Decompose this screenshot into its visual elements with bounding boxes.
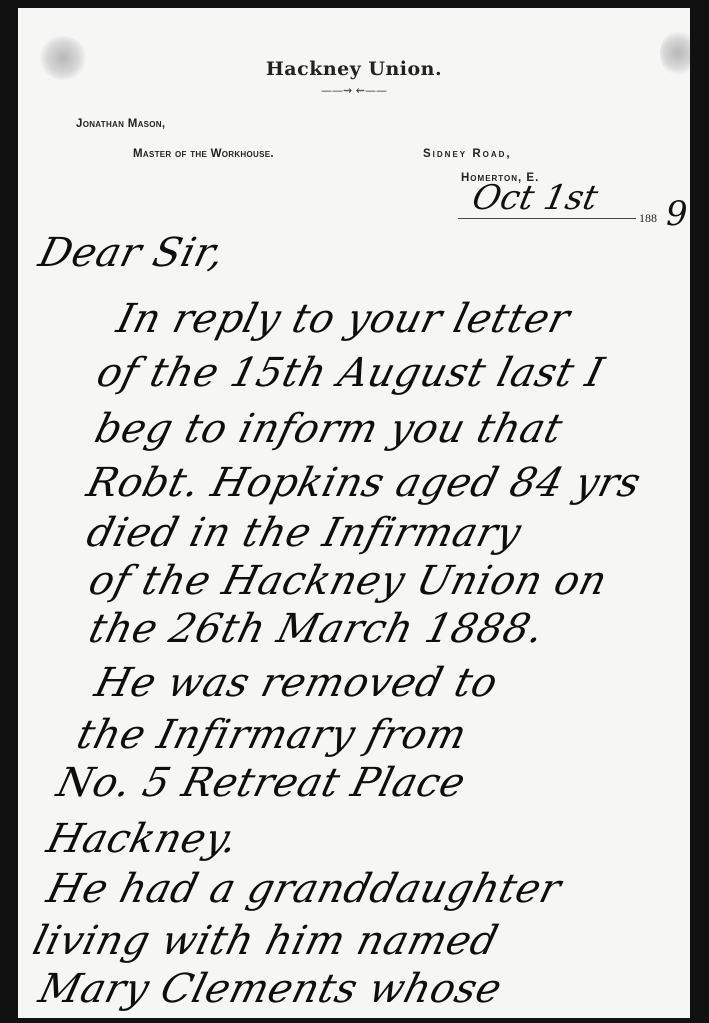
handwritten-year-digit: 9 (666, 194, 688, 234)
letterhead-ornament: ——⇝ ⇜—— (18, 84, 690, 97)
letter-line: the Infirmary from (72, 712, 471, 758)
letter-line: died in the Infirmary (82, 510, 526, 556)
printed-year: 188 (639, 211, 657, 226)
salutation: Dear Sir, (34, 230, 229, 276)
letter-line: beg to inform you that (90, 406, 567, 452)
master-name: Jonathan Mason, (76, 118, 165, 130)
letter-line: the 26th March 1888. (84, 606, 548, 652)
letter-line: In reply to your letter (112, 296, 574, 342)
address-line-1: Sidney Road, (423, 148, 512, 160)
letter-line: Robt. Hopkins aged 84 yrs (82, 460, 645, 506)
master-title: Master of the Workhouse. (133, 148, 274, 160)
letter-line: of the Hackney Union on (84, 558, 612, 604)
letter-line: No. 5 Retreat Place (52, 760, 470, 806)
letter-line: living with him named (28, 918, 503, 964)
letter-line: He had a granddaughter (42, 866, 566, 912)
letter-line: Mary Clements whose (34, 966, 506, 1012)
letterhead-title: Hackney Union. (18, 58, 690, 80)
letter-line: of the 15th August last I (92, 350, 608, 396)
letter-line: He was removed to (90, 660, 502, 706)
handwritten-date: Oct 1st (469, 178, 602, 218)
date-underline (458, 218, 636, 219)
letter-line: Hackney. (42, 816, 242, 862)
letter-page: Hackney Union. ——⇝ ⇜—— Jonathan Mason, M… (18, 8, 690, 1018)
